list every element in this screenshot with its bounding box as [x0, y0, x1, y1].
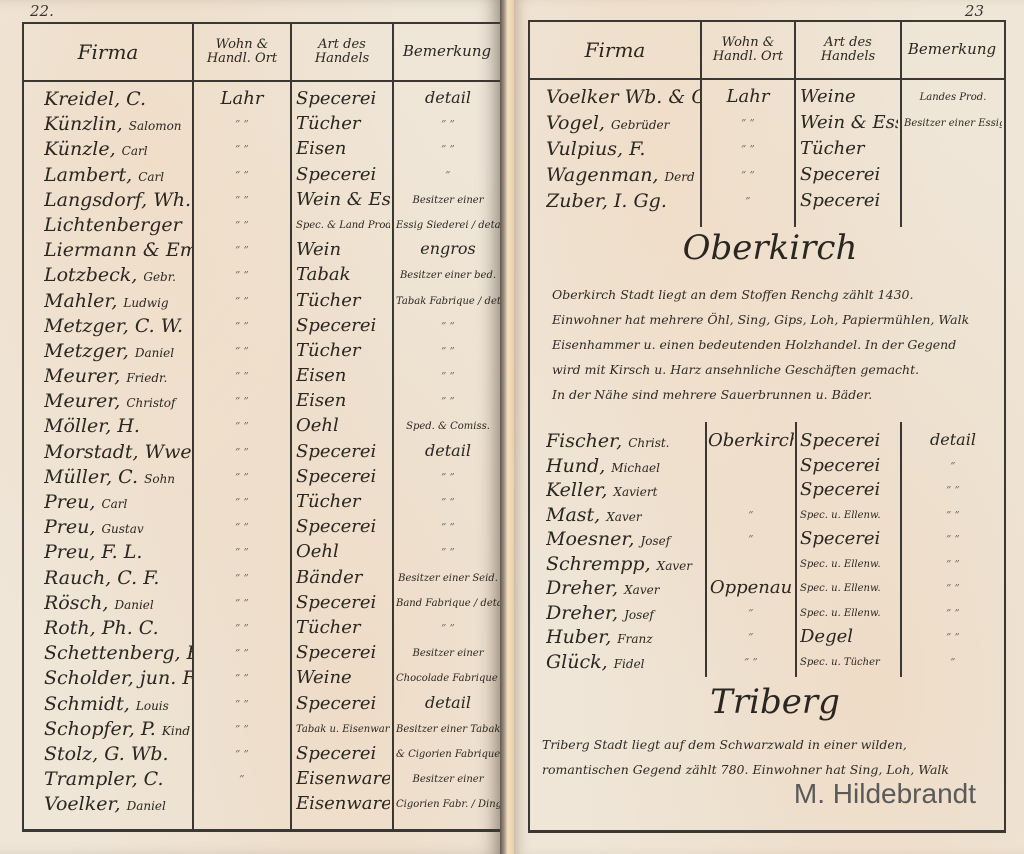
cell-art: Spec. & Land Prod. — [296, 220, 390, 231]
firm-surname: Schrempp, — [546, 553, 651, 575]
cell-art: Wein — [296, 239, 390, 260]
table-row: Morstadt, Wwe. „ „Specereidetail — [24, 441, 502, 466]
cell-bemerkung: detail — [396, 88, 500, 107]
firm-surname: Schmidt, — [44, 693, 130, 715]
cell-ort: „ „ — [196, 290, 288, 301]
cell-ort: „ „ — [196, 138, 288, 149]
table-row: Mast, Xaver„Spec. u. Ellenw.„ „ — [530, 504, 1004, 529]
cell-ort: „ „ — [196, 516, 288, 527]
cell-bemerkung: „ „ — [904, 626, 1002, 637]
cell-bemerkung: Besitzer einer — [396, 195, 500, 206]
ledger-table: Firma Wohn & Handl. Ort Art des Handels … — [528, 20, 1006, 833]
triberg-description: Triberg Stadt liegt auf dem Schwarzwald … — [542, 732, 1002, 782]
header-ort: Wohn & Handl. Ort — [194, 24, 290, 80]
table-body-lahr: Voelker Wb. & Comp. LahrWeineLandes Prod… — [530, 86, 1004, 216]
cell-bemerkung: „ „ — [904, 479, 1002, 490]
cell-ort: „ „ — [704, 164, 792, 175]
cell-art: Spec. u. Ellenw. — [800, 608, 898, 619]
cell-bemerkung: „ „ — [396, 315, 500, 326]
firm-given-name: Michael — [611, 461, 660, 475]
cell-ort: „ „ — [196, 164, 288, 175]
table-row: Wagenman, Derd„ „Specerei — [530, 164, 1004, 190]
firm-given-name: Sohn — [144, 472, 175, 486]
cell-ort: „ „ — [196, 491, 288, 502]
cell-art: Eisen — [296, 390, 390, 411]
table-row: Meurer, Friedr.„ „Eisen„ „ — [24, 365, 502, 390]
cell-art: Eisen — [296, 138, 390, 159]
cell-firma: Künzle, Carl — [44, 138, 192, 160]
table-row: Preu, Gustav„ „Specerei„ „ — [24, 516, 502, 541]
cell-ort: „ „ — [196, 365, 288, 376]
cell-bemerkung: Essig Siederei / detail — [396, 220, 500, 231]
cell-art: Specerei — [296, 164, 390, 185]
firm-given-name: Kind — [162, 724, 190, 738]
cell-art: Wein & Essig — [296, 189, 390, 210]
firm-given-name: Daniel — [127, 799, 166, 813]
cell-firma: Schmidt, Louis — [44, 693, 192, 715]
cell-ort: „ — [704, 190, 792, 201]
firm-surname: Voelker, — [44, 793, 121, 815]
firm-given-name: Ludwig — [123, 296, 168, 310]
table-row: Künzlin, Salomon„ „Tücher„ „ — [24, 113, 502, 138]
cell-art: Tücher — [296, 113, 390, 134]
cell-ort: „ „ — [196, 718, 288, 729]
cell-firma: Preu, Carl — [44, 491, 192, 513]
cell-art: Tabak — [296, 264, 390, 285]
table-row: Schettenberg, E. F. „ „SpecereiBesitzer … — [24, 642, 502, 667]
cell-ort: „ „ — [196, 113, 288, 124]
table-header: Firma Wohn & Handl. Ort Art des Handels … — [24, 24, 502, 82]
cell-art: Specerei — [800, 455, 898, 476]
table-row: Metzger, C. W. „ „Specerei„ „ — [24, 315, 502, 340]
cell-ort: „ „ — [704, 112, 792, 123]
cell-bemerkung: „ „ — [396, 466, 500, 477]
firm-surname: Künzlin, — [44, 113, 123, 135]
cell-firma: Voelker Wb. & Comp. — [546, 86, 700, 108]
cell-bemerkung: „ „ — [396, 617, 500, 628]
cell-bemerkung: „ „ — [396, 113, 500, 124]
firm-surname: Trampler, C. — [44, 768, 164, 790]
cell-firma: Preu, Gustav — [44, 516, 192, 538]
cell-ort: „ „ — [196, 189, 288, 200]
firm-surname: Schopfer, P. — [44, 718, 156, 740]
cell-bemerkung: Besitzer einer Seid. — [396, 573, 500, 584]
firm-surname: Preu, — [44, 491, 95, 513]
cell-bemerkung: Besitzer einer — [396, 648, 500, 659]
firm-surname: Mahler, — [44, 290, 117, 312]
cell-firma: Rauch, C. F. — [44, 567, 192, 589]
cell-ort: „ „ — [196, 390, 288, 401]
firm-given-name: Gebr. — [143, 270, 176, 284]
cell-ort: „ „ — [196, 315, 288, 326]
cell-ort: „ — [708, 602, 794, 613]
cell-ort: „ „ — [196, 617, 288, 628]
book-spine — [500, 0, 514, 854]
cell-firma: Vulpius, F. — [546, 138, 700, 160]
firm-surname: Glück, — [546, 651, 608, 673]
cell-art: Spec. u. Ellenw. — [800, 583, 898, 594]
firm-given-name: Daniel — [114, 598, 153, 612]
firm-surname: Meurer, — [44, 390, 120, 412]
table-row: Fischer, Christ.OberkirchSpecereidetail — [530, 430, 1004, 455]
cell-art: Eisenwaren — [296, 768, 390, 789]
firm-surname: Metzger, — [44, 340, 129, 362]
cell-art: Specerei — [800, 528, 898, 549]
cell-firma: Preu, F. L. — [44, 541, 192, 563]
cell-firma: Schrempp, Xaver — [546, 553, 704, 575]
cell-bemerkung: „ „ — [904, 602, 1002, 613]
firm-given-name: Josef — [640, 534, 670, 548]
firm-given-name: Gebrüder — [611, 118, 669, 132]
cell-firma: Roth, Ph. C. — [44, 617, 192, 639]
cell-bemerkung: Besitzer einer bed. — [396, 270, 500, 281]
firm-surname: Rauch, C. F. — [44, 567, 159, 589]
firm-surname: Vulpius, F. — [546, 138, 645, 160]
cell-bemerkung: „ „ — [396, 516, 500, 527]
cell-art: Specerei — [800, 430, 898, 451]
cell-ort: „ „ — [196, 743, 288, 754]
cell-firma: Rösch, Daniel — [44, 592, 192, 614]
firm-surname: Wagenman, — [546, 164, 658, 186]
firm-surname: Dreher, — [546, 602, 618, 624]
cell-ort: „ — [708, 626, 794, 637]
table-row: Schmidt, Louis„ „Specereidetail — [24, 693, 502, 718]
table-row: Möller, H. „ „OehlSped. & Comiss. — [24, 415, 502, 440]
cell-firma: Meurer, Friedr. — [44, 365, 192, 387]
table-row: Preu, Carl„ „Tücher„ „ — [24, 491, 502, 516]
cell-bemerkung: „ „ — [396, 138, 500, 149]
cell-ort: „ „ — [196, 239, 288, 250]
cell-art: Weine — [296, 667, 390, 688]
header-firma: Firma — [530, 22, 700, 78]
firm-surname: Preu, F. L. — [44, 541, 142, 563]
watermark: M. Hildebrandt — [794, 778, 976, 810]
table-row: Rauch, C. F. „ „BänderBesitzer einer Sei… — [24, 567, 502, 592]
firm-given-name: Derd — [665, 170, 695, 184]
description-line: In der Nähe sind mehrere Sauerbrunnen u.… — [552, 382, 1002, 407]
cell-firma: Dreher, Josef — [546, 602, 704, 624]
cell-ort: „ — [708, 528, 794, 539]
description-line: Eisenhammer u. einen bedeutenden Holzhan… — [552, 332, 1002, 357]
table-row: Trampler, C. „EisenwarenBesitzer einer — [24, 768, 502, 793]
cell-art: Wein & Essig — [800, 112, 898, 133]
open-ledger-book: 22. Firma Wohn & Handl. Ort Art des Hand… — [0, 0, 1024, 854]
cell-bemerkung: Besitzer einer — [396, 774, 500, 785]
cell-art: Specerei — [296, 466, 390, 487]
firm-surname: Scholder, jun. F. — [44, 667, 192, 689]
cell-bemerkung: „ „ — [396, 491, 500, 502]
header-bemerkung: Bemerkung — [902, 22, 1002, 78]
firm-surname: Hund, — [546, 455, 605, 477]
cell-bemerkung: & Cigorien Fabrique / detail — [396, 749, 500, 760]
cell-ort: „ „ — [704, 138, 792, 149]
cell-art: Specerei — [800, 164, 898, 185]
firm-surname: Huber, — [546, 626, 611, 648]
cell-art: Tücher — [296, 617, 390, 638]
cell-bemerkung: detail — [904, 430, 1002, 449]
firm-surname: Meurer, — [44, 365, 120, 387]
cell-firma: Zuber, I. Gg. — [546, 190, 700, 212]
table-row: Preu, F. L. „ „Oehl„ „ — [24, 541, 502, 566]
page-number: 22. — [30, 2, 54, 20]
ledger-table: Firma Wohn & Handl. Ort Art des Handels … — [22, 22, 502, 832]
cell-firma: Metzger, C. W. — [44, 315, 192, 337]
cell-bemerkung: Besitzer einer Essig Siederei — [904, 118, 1002, 129]
cell-ort: „ „ — [196, 541, 288, 552]
cell-art: Oehl — [296, 541, 390, 562]
cell-firma: Dreher, Xaver — [546, 577, 704, 599]
cell-ort: „ „ — [196, 667, 288, 678]
table-row: Schopfer, P. Kind„ „Tabak u. EisenwarenB… — [24, 718, 502, 743]
cell-firma: Lambert, Carl — [44, 164, 192, 186]
cell-art: Bänder — [296, 567, 390, 588]
table-body-oberkirch: Fischer, Christ.OberkirchSpecereidetailH… — [530, 430, 1004, 675]
cell-art: Spec. u. Ellenw. — [800, 510, 898, 521]
cell-bemerkung: engros — [396, 239, 500, 258]
cell-ort: „ „ — [196, 415, 288, 426]
cell-firma: Hund, Michael — [546, 455, 704, 477]
firm-surname: Rösch, — [44, 592, 108, 614]
firm-surname: Kreidel, C. — [44, 88, 146, 110]
description-line: Einwohner hat mehrere Öhl, Sing, Gips, L… — [552, 307, 1002, 332]
firm-surname: Morstadt, Wwe. — [44, 441, 192, 463]
cell-bemerkung: Sped. & Comiss. — [396, 421, 500, 432]
table-row: Mahler, Ludwig„ „TücherTabak Fabrique / … — [24, 290, 502, 315]
firm-surname: Schettenberg, E. F. — [44, 642, 192, 664]
firm-surname: Müller, C. — [44, 466, 138, 488]
cell-art: Tücher — [296, 340, 390, 361]
right-page: 23 Firma Wohn & Handl. Ort Art des Hande… — [514, 0, 1024, 854]
table-row: Lambert, Carl„ „Specerei„ — [24, 164, 502, 189]
cell-bemerkung: Landes Prod. — [904, 92, 1002, 103]
cell-ort: „ „ — [708, 651, 794, 662]
cell-bemerkung: Tabak Fabrique / detail — [396, 296, 500, 307]
cell-ort: „ „ — [196, 642, 288, 653]
table-row: Roth, Ph. C. „ „Tücher„ „ — [24, 617, 502, 642]
cell-firma: Mahler, Ludwig — [44, 290, 192, 312]
cell-art: Tücher — [296, 290, 390, 311]
firm-surname: Mast, — [546, 504, 600, 526]
firm-given-name: Carl — [122, 144, 148, 158]
cell-ort: „ „ — [196, 466, 288, 477]
cell-ort: „ „ — [196, 340, 288, 351]
firm-given-name: Xaver — [606, 510, 641, 524]
firm-given-name: Daniel — [135, 346, 174, 360]
firm-surname: Vogel, — [546, 112, 605, 134]
cell-ort: „ „ — [196, 214, 288, 225]
table-header: Firma Wohn & Handl. Ort Art des Handels … — [530, 22, 1004, 80]
firm-given-name: Xaviert — [613, 485, 657, 499]
description-line: Oberkirch Stadt liegt an dem Stoffen Ren… — [552, 282, 1002, 307]
header-bemerkung: Bemerkung — [394, 24, 500, 80]
cell-firma: Müller, C. Sohn — [44, 466, 192, 488]
cell-bemerkung: Band Fabrique / detail — [396, 598, 500, 609]
table-row: Schrempp, XaverSpec. u. Ellenw.„ „ — [530, 553, 1004, 578]
table-row: Hund, MichaelSpecerei„ — [530, 455, 1004, 480]
cell-bemerkung: „ — [396, 164, 500, 175]
cell-firma: Huber, Franz — [546, 626, 704, 648]
cell-bemerkung: detail — [396, 441, 500, 460]
cell-bemerkung: Besitzer einer Tabak — [396, 724, 500, 735]
cell-art: Specerei — [296, 592, 390, 613]
cell-ort: „ „ — [196, 693, 288, 704]
cell-art: Specerei — [296, 516, 390, 537]
cell-bemerkung: „ — [904, 651, 1002, 662]
firm-surname: Künzle, — [44, 138, 116, 160]
table-row: Voelker, DanielEisenwarenCigorien Fabr. … — [24, 793, 502, 818]
cell-ort: „ — [196, 768, 288, 779]
firm-surname: Fischer, — [546, 430, 622, 452]
cell-art: Tücher — [800, 138, 898, 159]
firm-given-name: Fidel — [614, 657, 645, 671]
header-ort: Wohn & Handl. Ort — [702, 22, 794, 78]
table-row: Dreher, Josef„Spec. u. Ellenw.„ „ — [530, 602, 1004, 627]
cell-firma: Fischer, Christ. — [546, 430, 704, 452]
page-number: 23 — [965, 2, 984, 20]
firm-surname: Möller, H. — [44, 415, 140, 437]
table-row: Voelker Wb. & Comp. LahrWeineLandes Prod… — [530, 86, 1004, 112]
cell-bemerkung: „ „ — [904, 553, 1002, 564]
firm-surname: Keller, — [546, 479, 607, 501]
oberkirch-description: Oberkirch Stadt liegt an dem Stoffen Ren… — [552, 282, 1002, 407]
cell-ort: Oppenau — [708, 577, 794, 598]
firm-surname: Dreher, — [546, 577, 618, 599]
table-row: Lichtenberger „ „Spec. & Land Prod.Essig… — [24, 214, 502, 239]
firm-surname: Lambert, — [44, 164, 132, 186]
section-title-triberg: Triberg — [680, 682, 870, 722]
cell-bemerkung: „ „ — [396, 365, 500, 376]
cell-art: Eisen — [296, 365, 390, 386]
header-firma: Firma — [24, 24, 192, 80]
table-row: Keller, XaviertSpecerei„ „ — [530, 479, 1004, 504]
cell-art: Weine — [800, 86, 898, 107]
firm-given-name: Carl — [138, 170, 164, 184]
cell-art: Specerei — [800, 479, 898, 500]
firm-given-name: Josef — [624, 608, 654, 622]
cell-art: Specerei — [296, 441, 390, 462]
header-art: Art des Handels — [796, 22, 900, 78]
cell-ort: Lahr — [196, 88, 288, 109]
cell-firma: Schettenberg, E. F. — [44, 642, 192, 664]
table-row: Metzger, Daniel„ „Tücher„ „ — [24, 340, 502, 365]
cell-firma: Meurer, Christof — [44, 390, 192, 412]
cell-firma: Kreidel, C. — [44, 88, 192, 110]
cell-bemerkung: Cigorien Fabr. / Dingl. — [396, 799, 500, 810]
firm-surname: Langsdorf, Wh. — [44, 189, 191, 211]
cell-firma: Künzlin, Salomon — [44, 113, 192, 135]
cell-ort: Lahr — [704, 86, 792, 107]
cell-art: Specerei — [800, 190, 898, 211]
firm-given-name: Xaver — [657, 559, 692, 573]
table-row: Glück, Fidel„ „Spec. u. Tücher„ — [530, 651, 1004, 676]
cell-firma: Glück, Fidel — [546, 651, 704, 673]
table-body: Kreidel, C. LahrSpecereidetailKünzlin, S… — [24, 88, 502, 818]
firm-given-name: Salomon — [129, 119, 182, 133]
cell-firma: Mast, Xaver — [546, 504, 704, 526]
firm-given-name: Xaver — [624, 583, 659, 597]
firm-surname: Metzger, C. W. — [44, 315, 183, 337]
table-row: Vulpius, F. „ „Tücher — [530, 138, 1004, 164]
cell-firma: Lichtenberger — [44, 214, 192, 236]
firm-given-name: Christof — [126, 396, 175, 410]
cell-bemerkung: „ „ — [396, 541, 500, 552]
cell-ort: Oberkirch — [708, 430, 794, 451]
firm-surname: Lotzbeck, — [44, 264, 137, 286]
cell-firma: Morstadt, Wwe. — [44, 441, 192, 463]
firm-surname: Preu, — [44, 516, 95, 538]
cell-firma: Langsdorf, Wh. — [44, 189, 192, 211]
cell-firma: Vogel, Gebrüder — [546, 112, 700, 134]
description-line: wird mit Kirsch u. Harz ansehnliche Gesc… — [552, 357, 1002, 382]
table-row: Müller, C. Sohn„ „Specerei„ „ — [24, 466, 502, 491]
cell-ort: „ „ — [196, 567, 288, 578]
cell-bemerkung: „ „ — [396, 340, 500, 351]
table-row: Moesner, Josef„Specerei„ „ — [530, 528, 1004, 553]
firm-given-name: Gustav — [101, 522, 143, 536]
table-row: Liermann & Emde „ „Weinengros — [24, 239, 502, 264]
table-row: Scholder, jun. F. „ „WeineChocolade Fabr… — [24, 667, 502, 692]
firm-surname: Roth, Ph. C. — [44, 617, 159, 639]
firm-surname: Lichtenberger — [44, 214, 182, 236]
cell-bemerkung: detail — [396, 693, 500, 712]
cell-art: Eisenwaren — [296, 793, 390, 814]
table-row: Lotzbeck, Gebr.„ „TabakBesitzer einer be… — [24, 264, 502, 289]
cell-firma: Voelker, Daniel — [44, 793, 192, 815]
cell-firma: Scholder, jun. F. — [44, 667, 192, 689]
cell-art: Tabak u. Eisenwaren — [296, 724, 390, 735]
cell-firma: Wagenman, Derd — [546, 164, 700, 186]
cell-ort: „ — [708, 504, 794, 515]
firm-given-name: Louis — [136, 699, 169, 713]
firm-given-name: Friedr. — [126, 371, 167, 385]
cell-bemerkung: „ „ — [904, 577, 1002, 588]
cell-art: Specerei — [296, 315, 390, 336]
cell-firma: Metzger, Daniel — [44, 340, 192, 362]
cell-art: Degel — [800, 626, 898, 647]
cell-bemerkung: „ — [904, 455, 1002, 466]
cell-bemerkung: „ „ — [904, 528, 1002, 539]
cell-firma: Trampler, C. — [44, 768, 192, 790]
cell-firma: Keller, Xaviert — [546, 479, 704, 501]
table-row: Kreidel, C. LahrSpecereidetail — [24, 88, 502, 113]
firm-given-name: Christ. — [628, 436, 669, 450]
table-row: Huber, Franz„Degel„ „ — [530, 626, 1004, 651]
cell-art: Specerei — [296, 642, 390, 663]
cell-bemerkung: Chocolade Fabrique / engros — [396, 673, 500, 684]
table-row: Langsdorf, Wh. „ „Wein & EssigBesitzer e… — [24, 189, 502, 214]
table-row: Vogel, Gebrüder„ „Wein & EssigBesitzer e… — [530, 112, 1004, 138]
section-title-oberkirch: Oberkirch — [650, 228, 890, 268]
cell-ort: „ „ — [196, 441, 288, 452]
firm-surname: Zuber, I. Gg. — [546, 190, 667, 212]
table-row: Zuber, I. Gg. „Specerei — [530, 190, 1004, 216]
table-row: Meurer, Christof„ „Eisen„ „ — [24, 390, 502, 415]
cell-bemerkung: „ „ — [396, 390, 500, 401]
firm-surname: Liermann & Emde — [44, 239, 192, 261]
cell-art: Specerei — [296, 88, 390, 109]
table-row: Rösch, Daniel„ „SpecereiBand Fabrique / … — [24, 592, 502, 617]
cell-firma: Möller, H. — [44, 415, 192, 437]
cell-art: Tücher — [296, 491, 390, 512]
cell-firma: Lotzbeck, Gebr. — [44, 264, 192, 286]
header-art: Art des Handels — [292, 24, 392, 80]
firm-surname: Moesner, — [546, 528, 634, 550]
cell-firma: Stolz, G. Wb. — [44, 743, 192, 765]
firm-given-name: Franz — [617, 632, 652, 646]
cell-bemerkung: „ „ — [904, 504, 1002, 515]
firm-given-name: Carl — [101, 497, 127, 511]
left-page: 22. Firma Wohn & Handl. Ort Art des Hand… — [0, 0, 500, 854]
